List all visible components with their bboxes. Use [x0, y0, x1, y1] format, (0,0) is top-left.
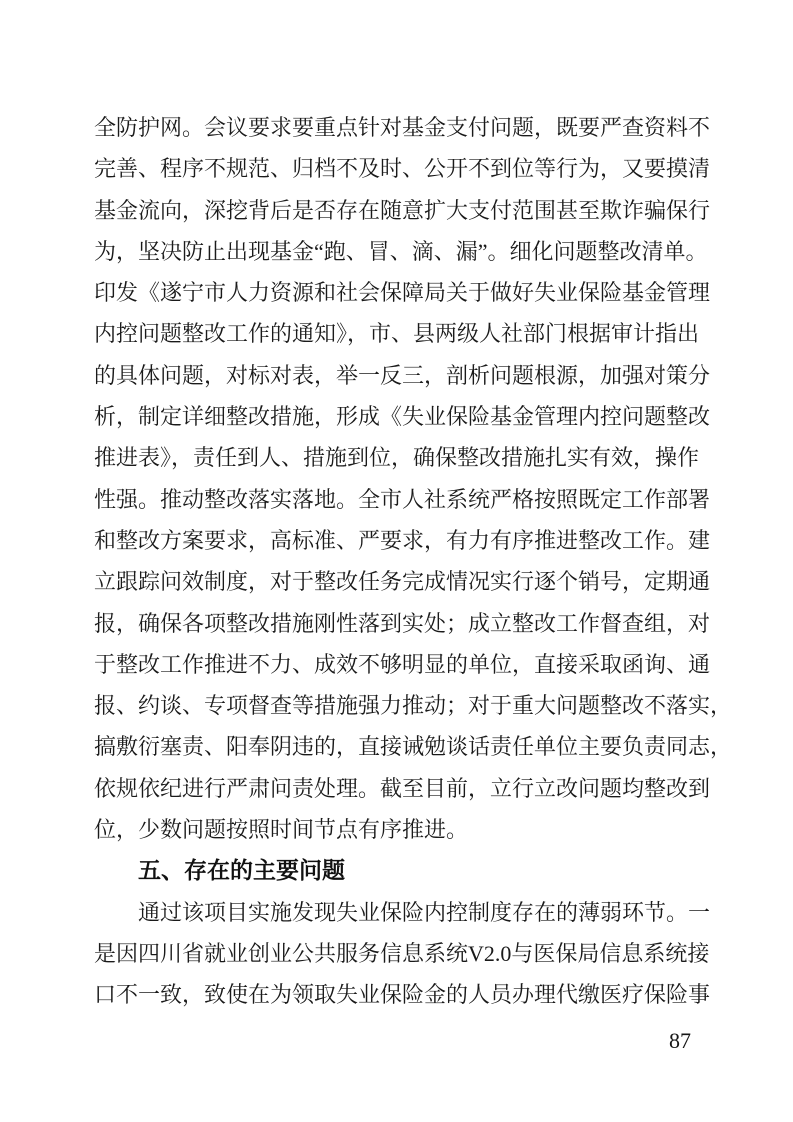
para1-line: 依规依纪进行严肃问责处理。截至目前，立行立改问题均整改到: [94, 768, 710, 809]
para1-line: 印发《遂宁市人力资源和社会保障局关于做好失业保险基金管理: [94, 272, 710, 313]
page-number: 87: [655, 1028, 705, 1054]
para1-line: 析，制定详细整改措施，形成《失业保险基金管理内控问题整改: [94, 396, 710, 437]
body-text: 全防护网。会议要求要重点针对基金支付问题，既要严查资料不 完善、程序不规范、归档…: [94, 107, 710, 1016]
para1-line: 立跟踪问效制度，对于整改任务完成情况实行逐个销号，定期通: [94, 561, 710, 602]
para1-line: 完善、程序不规范、归档不及时、公开不到位等行为，又要摸清: [94, 148, 710, 189]
para2-line: 口不一致，致使在为领取失业保险金的人员办理代缴医疗保险事: [94, 974, 710, 1015]
para1-line: 的具体问题，对标对表，举一反三，剖析问题根源，加强对策分: [94, 355, 710, 396]
para1-line: 于整改工作推进不力、成效不够明显的单位，直接采取函询、通: [94, 644, 710, 685]
document-page: 全防护网。会议要求要重点针对基金支付问题，既要严查资料不 完善、程序不规范、归档…: [0, 0, 793, 1122]
para1-line: 基金流向，深挖背后是否存在随意扩大支付范围甚至欺诈骗保行: [94, 190, 710, 231]
para1-line: 性强。推动整改落实落地。全市人社系统严格按照既定工作部署: [94, 479, 710, 520]
para1-line: 位，少数问题按照时间节点有序推进。: [94, 809, 710, 850]
para1-line: 报，确保各项整改措施刚性落到实处；成立整改工作督查组，对: [94, 603, 710, 644]
para1-line: 和整改方案要求，高标准、严要求，有力有序推进整改工作。建: [94, 520, 710, 561]
para1-line: 报、约谈、专项督查等措施强力推动；对于重大问题整改不落实，: [94, 685, 710, 726]
para2-line: 是因四川省就业创业公共服务信息系统V2.0与医保局信息系统接: [94, 933, 710, 974]
para1-line: 为，坚决防止出现基金“跑、冒、滴、漏”。细化问题整改清单。: [94, 231, 710, 272]
section-heading: 五、存在的主要问题: [94, 850, 710, 891]
para2-line: 通过该项目实施发现失业保险内控制度存在的薄弱环节。一: [94, 892, 710, 933]
para1-line: 推进表》，责任到人、措施到位，确保整改措施扎实有效，操作: [94, 437, 710, 478]
para1-line: 搞敷衍塞责、阳奉阴违的，直接诫勉谈话责任单位主要负责同志，: [94, 726, 710, 767]
para1-line: 内控问题整改工作的通知》，市、县两级人社部门根据审计指出: [94, 313, 710, 354]
para1-line: 全防护网。会议要求要重点针对基金支付问题，既要严查资料不: [94, 107, 710, 148]
